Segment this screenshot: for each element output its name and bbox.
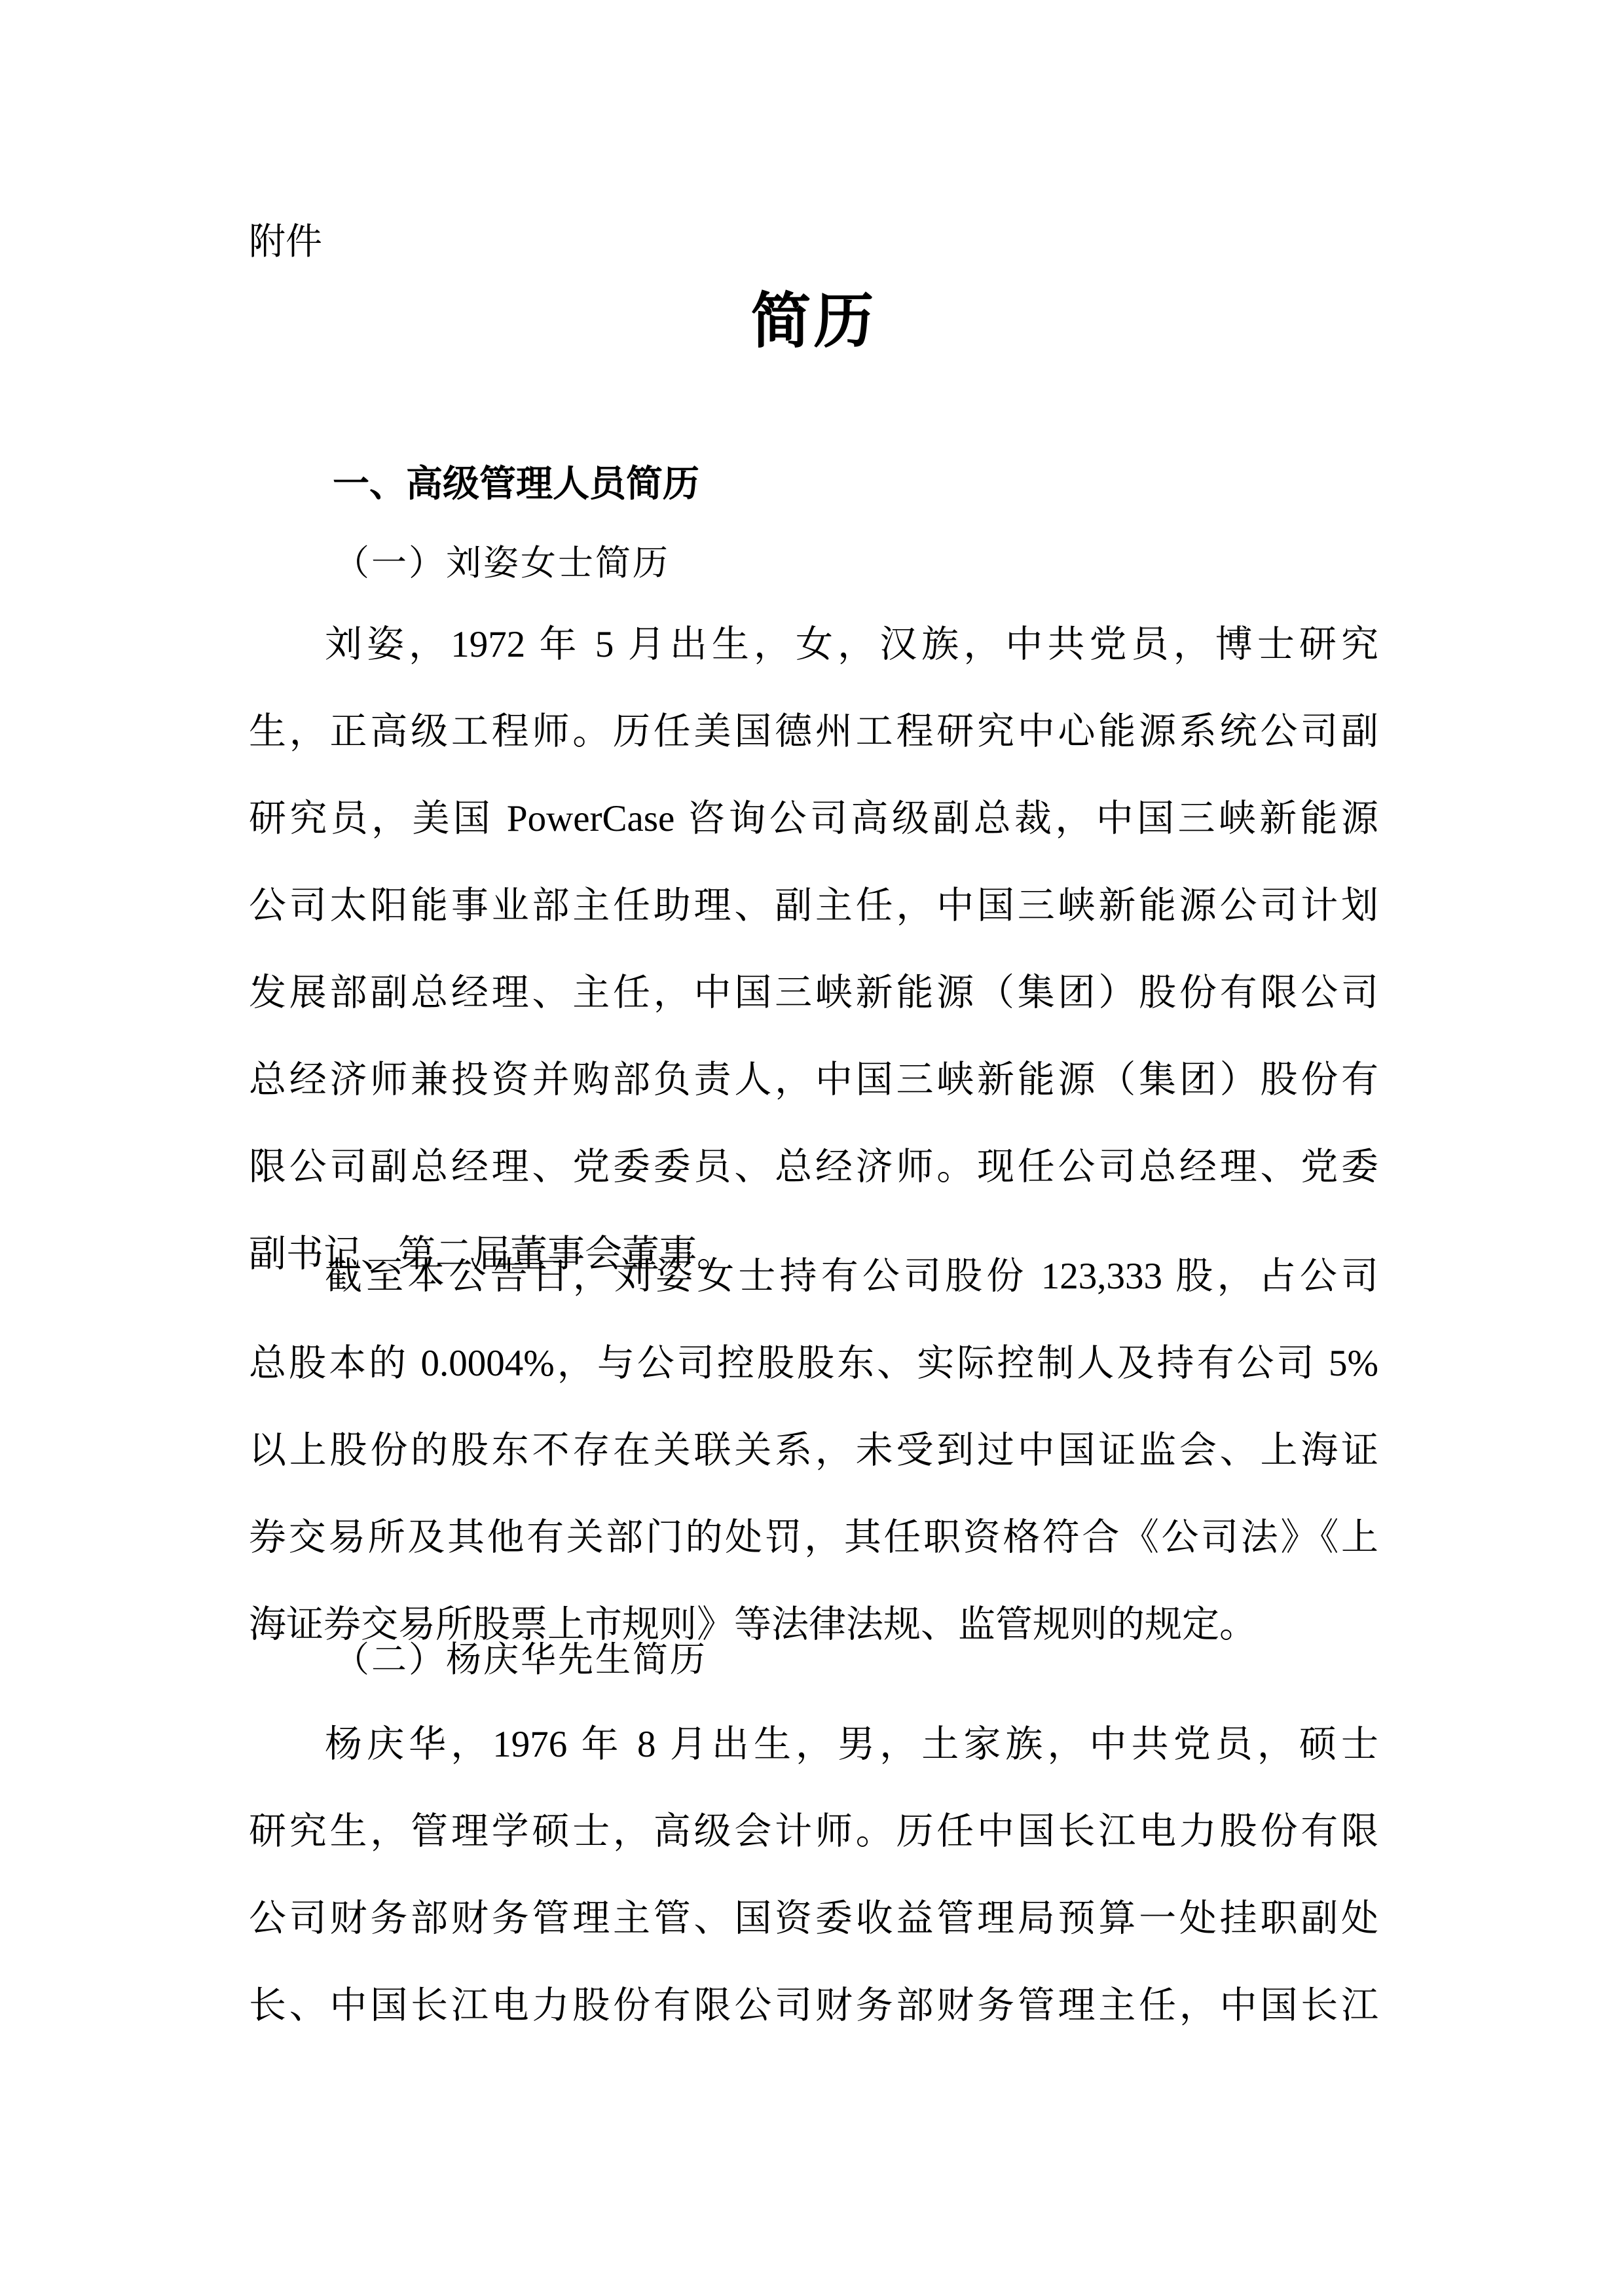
subheading-liu-zi: （一）刘姿女士简历	[334, 537, 670, 589]
text-line: 公司财务部财务管理主管、国资委收益管理局预算一处挂职副处	[249, 1893, 1378, 1980]
text-line: 刘姿，1972 年 5 月出生，女，汉族，中共党员，博士研究	[249, 619, 1378, 706]
text-line: 以上股份的股东不存在关联关系，未受到过中国证监会、上海证	[249, 1425, 1378, 1512]
text-line: 总股本的 0.0004%，与公司控股股东、实际控制人及持有公司 5%	[249, 1338, 1378, 1425]
text-line: 截至本公告日，刘姿女士持有公司股份 123,333 股，占公司	[249, 1250, 1378, 1338]
text-line: 研究员，美国 PowerCase 咨询公司高级副总裁，中国三峡新能源	[249, 793, 1378, 880]
subheading-yang-qinghua: （二）杨庆华先生简历	[334, 1633, 707, 1686]
text-line: 研究生，管理学硕士，高级会计师。历任中国长江电力股份有限	[249, 1806, 1378, 1893]
text-line: 生，正高级工程师。历任美国德州工程研究中心能源系统公司副	[249, 706, 1378, 793]
text-line: 总经济师兼投资并购部负责人，中国三峡新能源（集团）股份有	[249, 1054, 1378, 1141]
section-heading-senior-management: 一、高级管理人员简历	[333, 458, 699, 511]
text-line: 限公司副总经理、党委委员、总经济师。现任公司总经理、党委	[249, 1141, 1378, 1228]
text-line: 公司太阳能事业部主任助理、副主任，中国三峡新能源公司计划	[249, 880, 1378, 967]
paragraph-liu-zi-shareholding: 截至本公告日，刘姿女士持有公司股份 123,333 股，占公司 总股本的 0.0…	[249, 1250, 1378, 1686]
text-line: 杨庆华，1976 年 8 月出生，男，土家族，中共党员，硕士	[249, 1719, 1378, 1806]
text-line: 券交易所及其他有关部门的处罚，其任职资格符合《公司法》《上	[249, 1512, 1378, 1599]
page-title: 简历	[249, 282, 1378, 360]
paragraph-yang-qinghua-bio: 杨庆华，1976 年 8 月出生，男，土家族，中共党员，硕士 研究生，管理学硕士…	[249, 1719, 1378, 2067]
paragraph-liu-zi-bio: 刘姿，1972 年 5 月出生，女，汉族，中共党员，博士研究 生，正高级工程师。…	[249, 619, 1378, 1315]
text-line: 发展部副总经理、主任，中国三峡新能源（集团）股份有限公司	[249, 967, 1378, 1054]
attachment-label: 附件	[249, 216, 322, 268]
text-line: 长、中国长江电力股份有限公司财务部财务管理主任，中国长江	[249, 1980, 1378, 2067]
